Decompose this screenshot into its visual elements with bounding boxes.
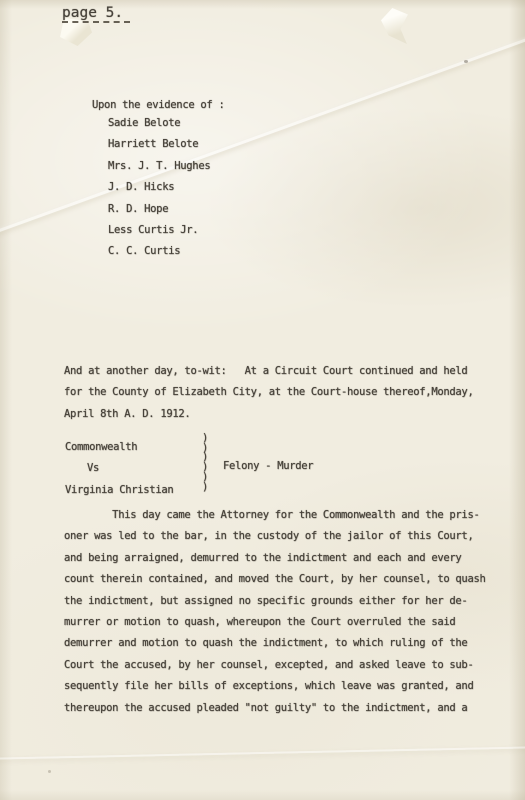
text-line: This day came the Attorney for the Commo… bbox=[64, 505, 486, 526]
text-line: April 8th A. D. 1912. bbox=[64, 404, 473, 425]
text-line: And at another day, to-wit: At a Circuit… bbox=[64, 361, 473, 382]
witness-item: J. D. Hicks bbox=[108, 177, 210, 198]
witness-item: Mrs. J. T. Hughes bbox=[108, 156, 210, 177]
caption-bracket-column: )))))) bbox=[202, 434, 208, 492]
witness-item: Sadie Belote bbox=[108, 113, 210, 134]
text-line: for the County of Elizabeth City, at the… bbox=[64, 382, 473, 403]
text-line: and being arraigned, demurred to the ind… bbox=[64, 548, 486, 569]
paper-crease-diagonal bbox=[0, 24, 525, 241]
witness-item: Harriett Belote bbox=[108, 134, 210, 155]
witness-item: C. C. Curtis bbox=[108, 241, 210, 262]
paper-crease-bottom bbox=[0, 746, 525, 759]
text-line: murrer or motion to quash, whereupon the… bbox=[64, 612, 486, 633]
witness-item: R. D. Hope bbox=[108, 199, 210, 220]
witness-item: Less Curtis Jr. bbox=[108, 220, 210, 241]
body-paragraph: This day came the Attorney for the Commo… bbox=[64, 505, 486, 719]
text-line: sequently file her bills of exceptions, … bbox=[64, 676, 486, 697]
scanned-document-page: page 5. Upon the evidence of : Sadie Bel… bbox=[0, 0, 525, 800]
page-number: page 5. bbox=[62, 5, 123, 21]
defendant-name: Virginia Christian bbox=[65, 480, 365, 501]
plaintiff-name: Commonwealth bbox=[65, 437, 365, 458]
text-line: Court the accused, by her counsel, excep… bbox=[64, 655, 486, 676]
case-caption: Commonwealth Vs Virginia Christian )))))… bbox=[65, 437, 365, 501]
fold-mark-top-right bbox=[381, 8, 408, 44]
ink-speck bbox=[464, 60, 468, 63]
text-line: count therein contained, and moved the C… bbox=[64, 569, 486, 590]
text-line: thereupon the accused pleaded "not guilt… bbox=[64, 698, 486, 719]
charge-label: Felony - Murder bbox=[223, 456, 313, 477]
text-line: demurrer and motion to quash the indictm… bbox=[64, 633, 486, 654]
text-line: oner was led to the bar, in the custody … bbox=[64, 526, 486, 547]
caption-bracket: ) bbox=[202, 483, 208, 493]
ink-speck bbox=[48, 770, 51, 773]
continuation-paragraph: And at another day, to-wit: At a Circuit… bbox=[64, 361, 473, 425]
witness-list: Sadie BeloteHarriett BeloteMrs. J. T. Hu… bbox=[108, 113, 210, 263]
versus-label: Vs bbox=[65, 458, 365, 479]
text-line: the indictment, but assigned no specific… bbox=[64, 591, 486, 612]
